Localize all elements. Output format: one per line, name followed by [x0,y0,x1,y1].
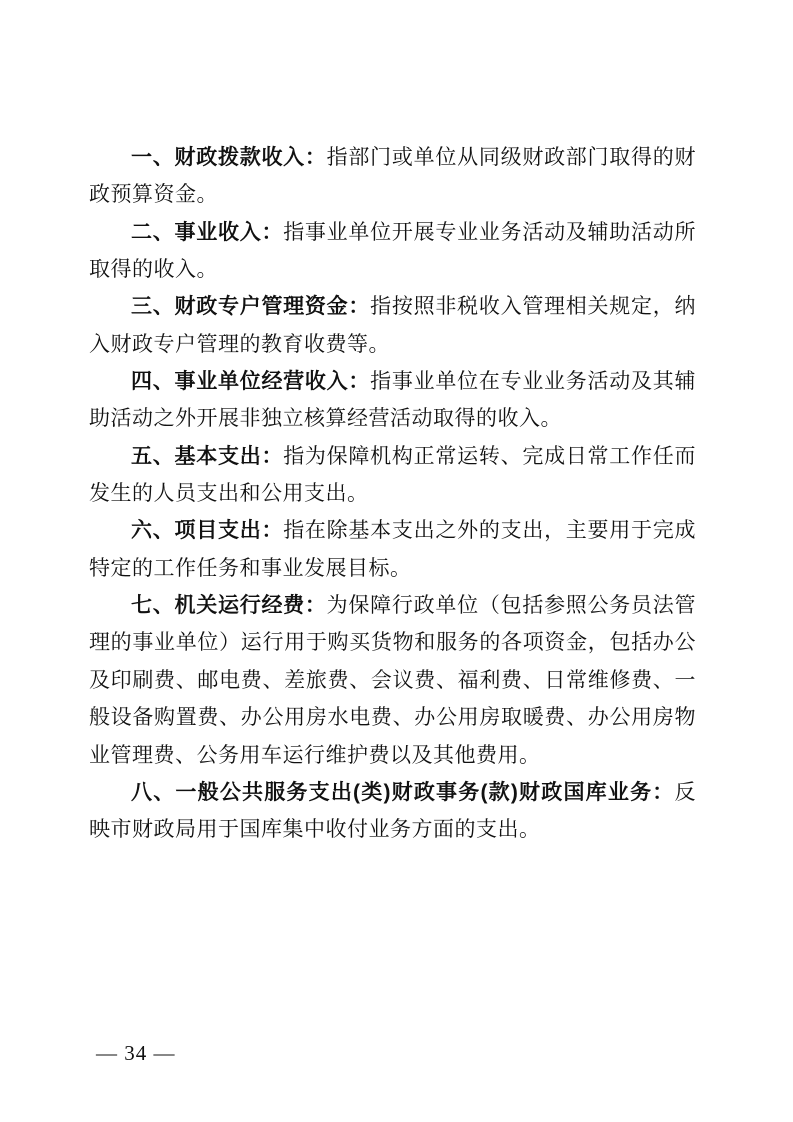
term-label-7: 七、机关运行经费： [131,594,327,617]
term-label-3: 三、财政专户管理资金： [131,295,370,318]
term-definition-7: 为保障行政单位（包括参照公务员法管理的事业单位）运行用于购买货物和服务的各项资金… [89,593,696,766]
term-label-6: 六、项目支出： [131,519,283,542]
term-label-5: 五、基本支出： [131,445,283,468]
paragraph-3: 三、财政专户管理资金：指按照非税收入管理相关规定，纳入财政专户管理的教育收费等。 [89,288,696,363]
term-label-8: 八、一般公共服务支出(类)财政事务(款)财政国库业务： [131,781,675,804]
paragraph-7: 七、机关运行经费：为保障行政单位（包括参照公务员法管理的事业单位）运行用于购买货… [89,587,696,774]
document-page: 一、财政拨款收入：指部门或单位从同级财政部门取得的财政预算资金。 二、事业收入：… [0,0,793,1122]
paragraph-1: 一、财政拨款收入：指部门或单位从同级财政部门取得的财政预算资金。 [89,139,696,214]
document-body: 一、财政拨款收入：指部门或单位从同级财政部门取得的财政预算资金。 二、事业收入：… [89,139,696,849]
paragraph-2: 二、事业收入：指事业单位开展专业业务活动及辅助活动所取得的收入。 [89,214,696,289]
paragraph-8: 八、一般公共服务支出(类)财政事务(款)财政国库业务：反映市财政局用于国库集中收… [89,774,696,849]
paragraph-6: 六、项目支出：指在除基本支出之外的支出，主要用于完成特定的工作任务和事业发展目标… [89,512,696,587]
term-label-2: 二、事业收入： [131,221,283,244]
term-label-1: 一、财政拨款收入： [131,146,327,169]
paragraph-4: 四、事业单位经营收入：指事业单位在专业业务活动及其辅助活动之外开展非独立核算经营… [89,363,696,438]
page-number: — 34 — [96,1041,176,1066]
paragraph-5: 五、基本支出：指为保障机构正常运转、完成日常工作任而发生的人员支出和公用支出。 [89,438,696,513]
term-label-4: 四、事业单位经营收入： [131,370,370,393]
